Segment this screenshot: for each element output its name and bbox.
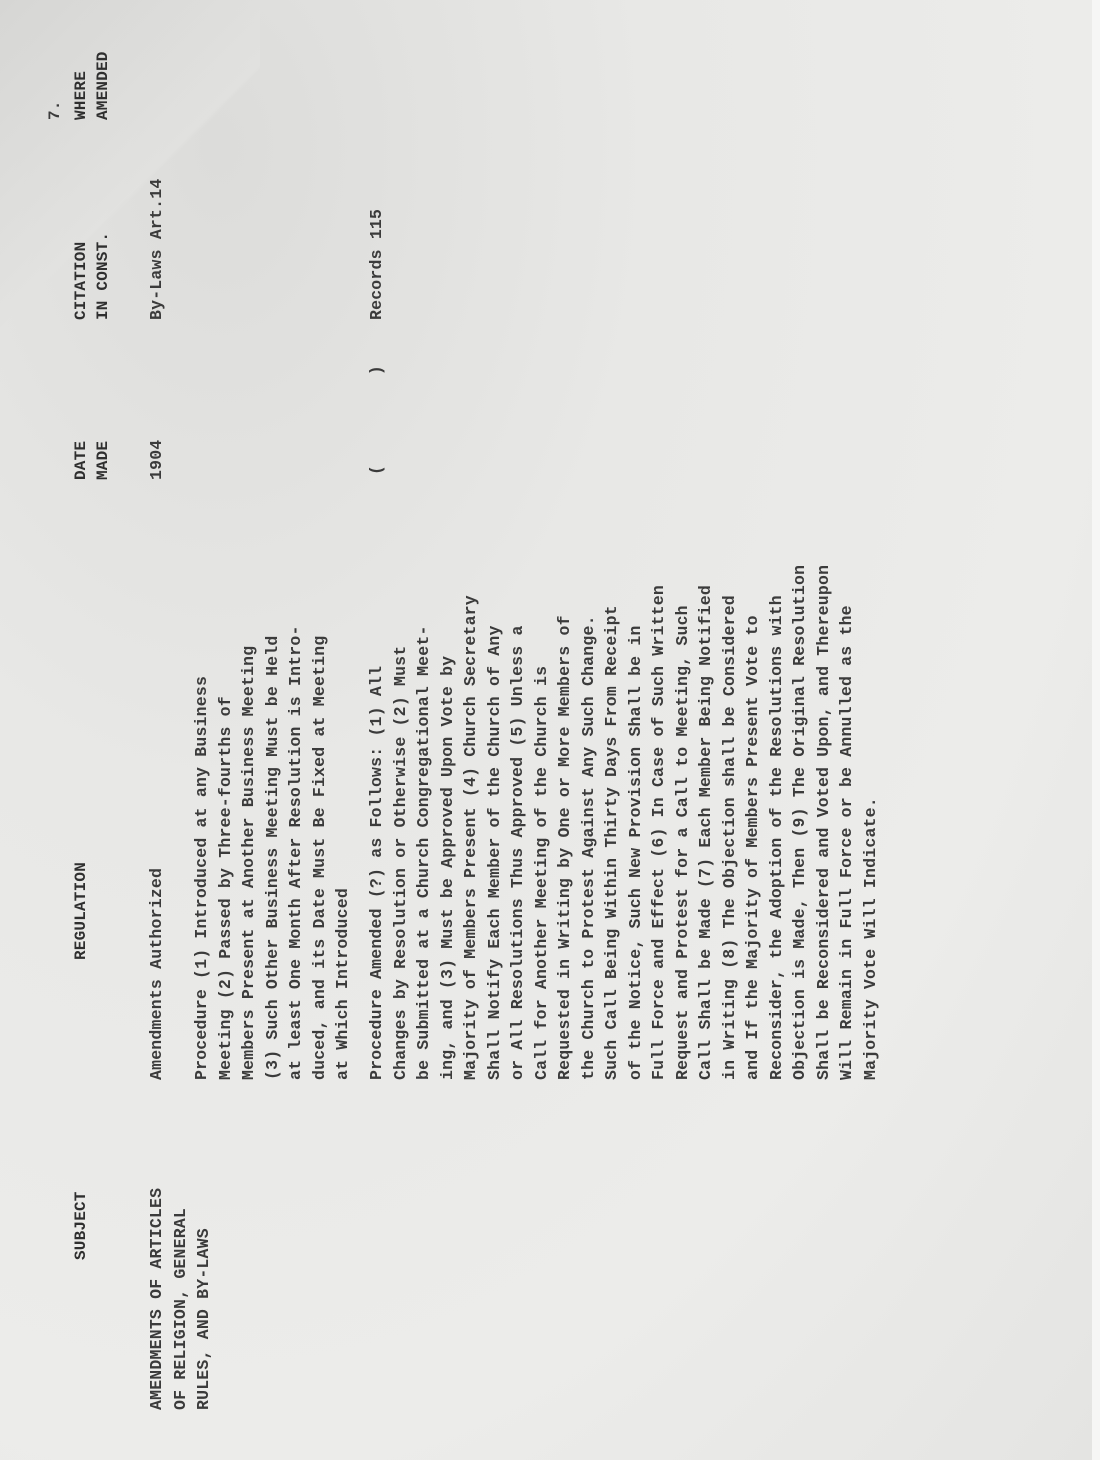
date-entry-2: ( ) — [365, 325, 389, 475]
paragraph-line: Request and Protest for a Call to Meetin… — [671, 560, 695, 1080]
paragraph-line: Full Force and Effect (6) In Case of Suc… — [647, 560, 671, 1080]
paragraph-line: ing, and (3) Must be Approved Upon Vote … — [436, 560, 460, 1080]
date-entry-1: 1904 — [145, 440, 169, 480]
page-number: 7. — [44, 100, 68, 120]
paragraph-line: Majority Vote Will Indicate. — [859, 560, 883, 1080]
regulation-title: Amendments Authorized — [145, 868, 169, 1080]
paragraph-line: Call for Another Meeting of the Church i… — [530, 560, 554, 1080]
paragraph-line: Changes by Resolution or Otherwise (2) M… — [389, 560, 413, 1080]
paragraph-line: Objection is Made, Then (9) The Original… — [788, 560, 812, 1080]
paragraph-line: Meeting (2) Passed by Three-fourths of — [214, 560, 238, 1080]
paper-edge — [1092, 0, 1100, 1460]
paragraph-line: duced, and its Date Must Be Fixed at Mee… — [308, 560, 332, 1080]
paragraph-line: or All Resolutions Thus Approved (5) Unl… — [506, 560, 530, 1080]
citation-entry-2: Records 115 — [365, 209, 389, 320]
regulation-paragraph-2: Procedure Amended (?) as Follows: (1) Al… — [365, 560, 882, 1080]
header-regulation: REGULATION — [70, 862, 92, 960]
paragraph-line: the Church to Protest Against Any Such C… — [577, 560, 601, 1080]
paragraph-line: Majority of Members Present (4) Church S… — [459, 560, 483, 1080]
header-subject: SUBJECT — [70, 1191, 92, 1260]
paragraph-line: Shall Notify Each Member of the Church o… — [483, 560, 507, 1080]
paragraph-line: Procedure Amended (?) as Follows: (1) Al… — [365, 560, 389, 1080]
paragraph-line: (3) Such Other Business Meeting Must be … — [261, 560, 285, 1080]
regulation-sheet: 7. SUBJECT REGULATION DATE MADE CITATION… — [70, 60, 1070, 1410]
regulation-paragraph-1: Procedure (1) Introduced at any Business… — [190, 560, 355, 1080]
paragraph-line: at least One Month After Resolution is I… — [284, 560, 308, 1080]
paragraph-line: Shall be Reconsidered and Voted Upon, an… — [812, 560, 836, 1080]
paragraph-line: Will Remain in Full Force or be Annulled… — [835, 560, 859, 1080]
header-citation: CITATION IN CONST. — [70, 232, 114, 320]
subject-text: AMENDMENTS OF ARTICLES OF RELIGION, GENE… — [145, 1100, 216, 1410]
citation-entry-1: By-Laws Art.14 — [145, 179, 169, 320]
paragraph-line: Such Call Being Within Thirty Days From … — [600, 560, 624, 1080]
paragraph-line: be Submitted at a Church Congregational … — [412, 560, 436, 1080]
paragraph-line: at Which Introduced — [331, 560, 355, 1080]
paragraph-line: Members Present at Another Business Meet… — [237, 560, 261, 1080]
paragraph-line: of the Notice, Such New Provision Shall … — [624, 560, 648, 1080]
paragraph-line: Requested in Writing by One or More Memb… — [553, 560, 577, 1080]
paragraph-line: Procedure (1) Introduced at any Business — [190, 560, 214, 1080]
paragraph-line: and If the Majority of Members Present V… — [741, 560, 765, 1080]
header-date-made: DATE MADE — [70, 441, 114, 480]
header-where-amended: WHERE AMENDED — [70, 51, 114, 120]
paragraph-line: Reconsider, the Adoption of the Resoluti… — [765, 560, 789, 1080]
paragraph-line: in Writing (8) The Objection shall be Co… — [718, 560, 742, 1080]
paragraph-line: Call Shall be Made (7) Each Member Being… — [694, 560, 718, 1080]
